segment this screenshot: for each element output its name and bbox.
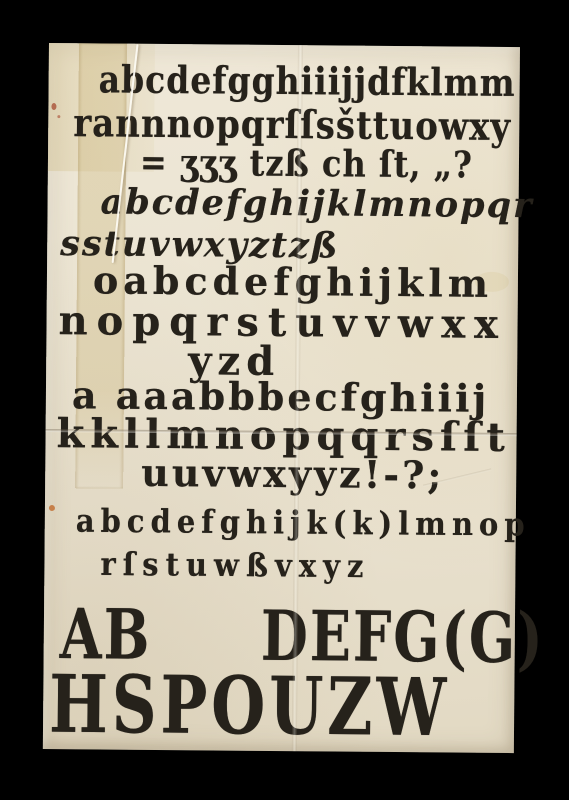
practice-line-3: uuvwxyyz!-?; <box>141 454 445 495</box>
fraktur-caps-line-2: HSPOUZW <box>49 665 451 748</box>
round-line-1: oabcdefghijklm <box>93 261 493 302</box>
italic-line-1: abcdefghijklmnopqr <box>100 184 533 223</box>
textura-line-3: = ʒʒʒ tzß ch ſt, „? <box>140 144 473 183</box>
fraktur-line-1: abcdefghijk(k)lmnop <box>76 505 531 541</box>
red-stain <box>51 103 56 110</box>
red-stain-small <box>57 115 60 118</box>
fraktur-line-2: rſstuwßvxyz <box>100 548 370 582</box>
orange-stain <box>49 505 55 511</box>
textura-line-2: rannnopqrſſsšttuowxy <box>73 104 511 147</box>
round-line-2: nopqrstuvvwxx <box>58 301 507 345</box>
textura-line-1: abcdefgghiiijjdfklmm <box>99 60 516 101</box>
photo-background: abcdefgghiiijjdfklmm rannnopqrſſsšttuowx… <box>0 0 569 800</box>
paper-sheet: abcdefgghiiijjdfklmm rannnopqrſſsšttuowx… <box>43 43 520 753</box>
